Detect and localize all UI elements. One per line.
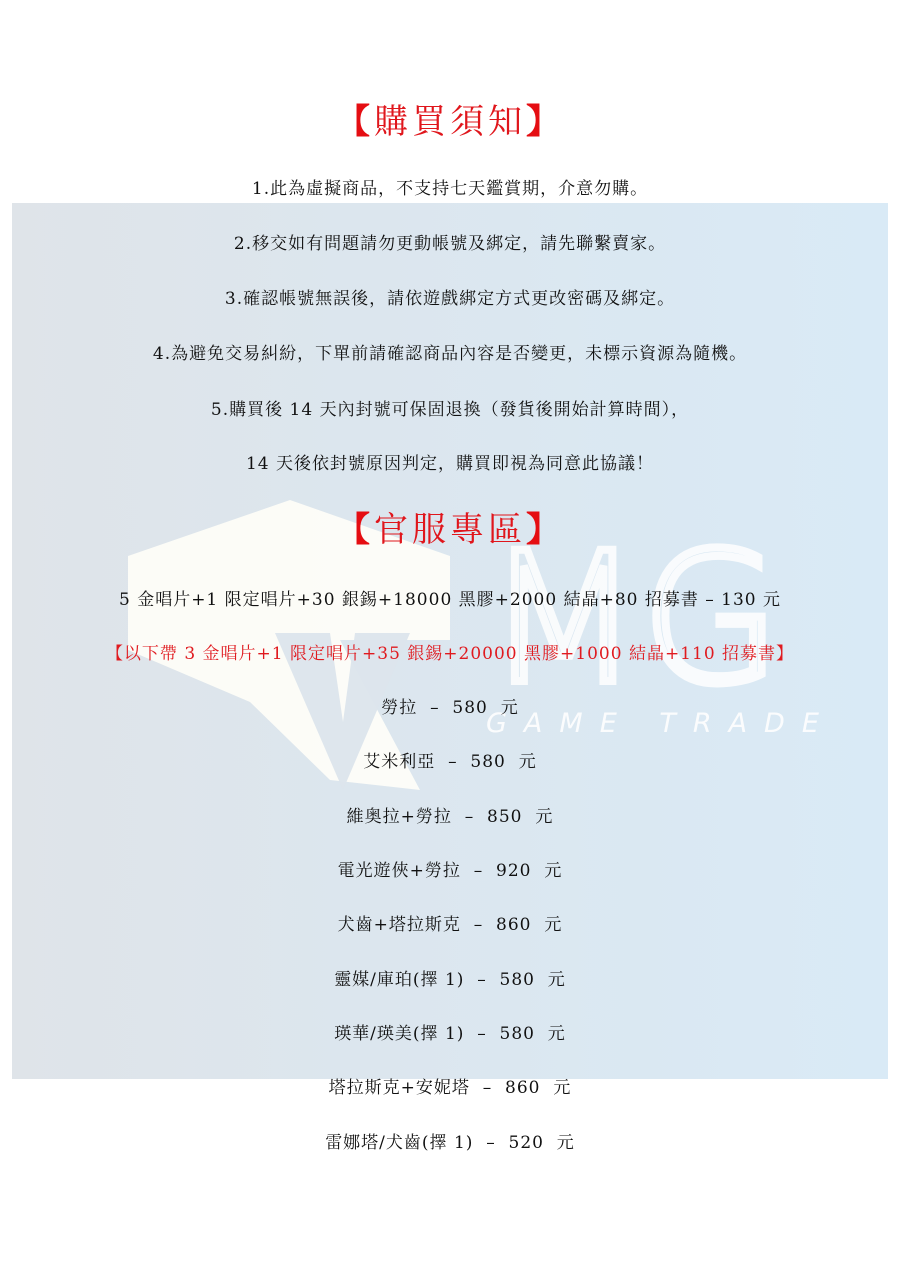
product-item: 電光遊俠+勞拉 – 920 元	[0, 859, 900, 883]
notice-item-3: 3.確認帳號無誤後，請依遊戲綁定方式更改密碼及綁定。	[0, 287, 900, 311]
official-title-text: 官服專區	[374, 510, 526, 550]
product-item: 艾米利亞 – 580 元	[0, 750, 900, 774]
notice-item-5-cont: 14 天後依封號原因判定，購買即視為同意此協議！	[0, 452, 900, 476]
product-item: 靈媒/庫珀(擇 1) – 580 元	[0, 968, 900, 992]
product-item: 犬齒+塔拉斯克 – 860 元	[0, 913, 900, 937]
notice-item-4: 4.為避免交易糾紛，下單前請確認商品內容是否變更，未標示資源為隨機。	[0, 342, 900, 366]
product-item: 雷娜塔/犬齒(擇 1) – 520 元	[0, 1131, 900, 1155]
product-item: 瑛華/瑛美(擇 1) – 580 元	[0, 1022, 900, 1046]
product-item: 勞拉 – 580 元	[0, 696, 900, 720]
notice-item-2: 2.移交如有問題請勿更動帳號及綁定，請先聯繫賣家。	[0, 232, 900, 256]
notice-item-1: 1.此為虛擬商品，不支持七天鑑賞期，介意勿購。	[0, 177, 900, 201]
notice-item-5: 5.購買後 14 天內封號可保固退換（發貨後開始計算時間），	[0, 398, 900, 422]
background-panel	[12, 203, 888, 1079]
product-item: 塔拉斯克+安妮塔 – 860 元	[0, 1076, 900, 1100]
included-resources-note: 【以下帶 3 金唱片+1 限定唱片+35 銀錫+20000 黑膠+1000 結晶…	[0, 642, 900, 666]
official-title: 【官服專區】	[0, 508, 900, 552]
product-item: 維奥拉+勞拉 – 850 元	[0, 805, 900, 829]
notice-title-text: 購買須知	[374, 102, 526, 142]
base-package-line: 5 金唱片+1 限定唱片+30 銀錫+18000 黑膠+2000 結晶+80 招…	[0, 588, 900, 612]
document-page: MG GAME TRADE 【購買須知】 1.此為虛擬商品，不支持七天鑑賞期，介…	[0, 0, 900, 1273]
notice-title: 【購買須知】	[0, 100, 900, 144]
